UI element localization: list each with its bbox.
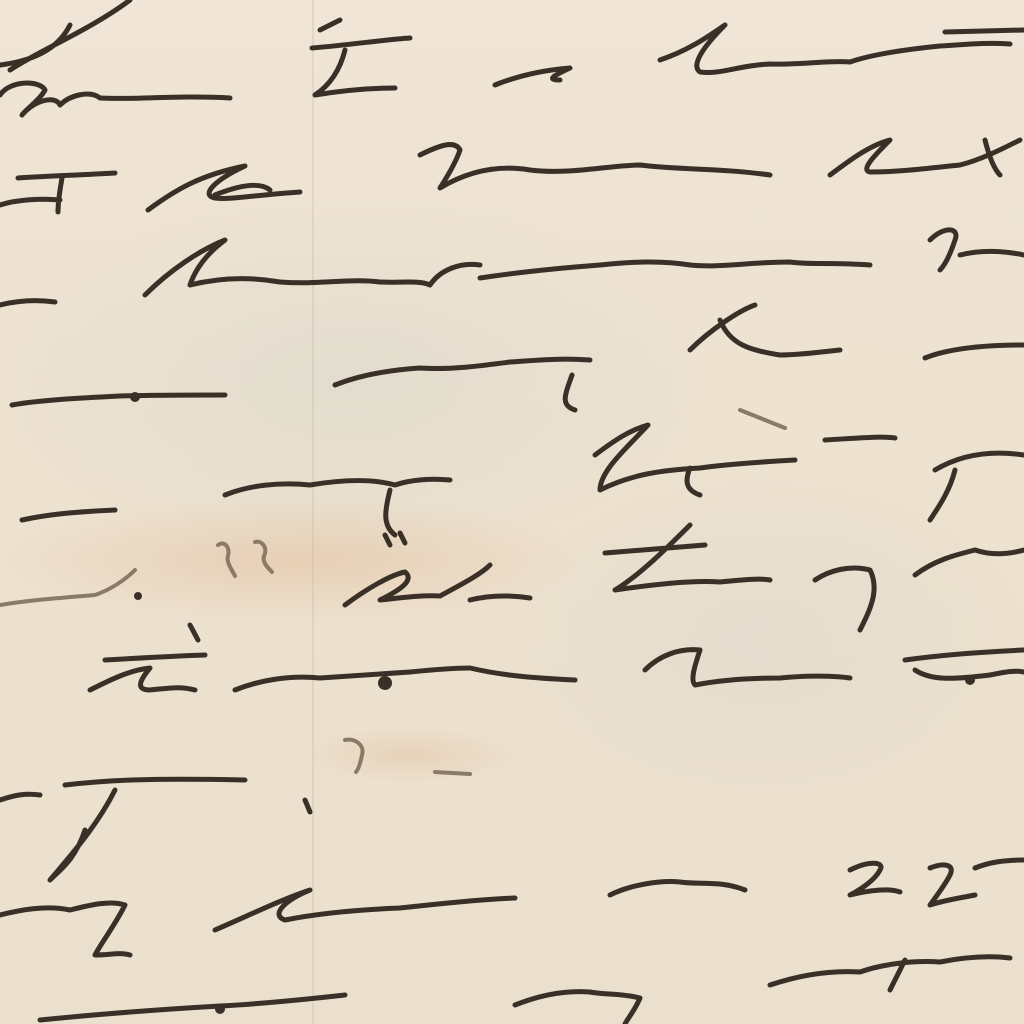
letter-page: hoe 'Z z benaut(e) (d)at de naren sterke… (0, 0, 1024, 1024)
handwriting-strokes (0, 0, 1024, 1024)
